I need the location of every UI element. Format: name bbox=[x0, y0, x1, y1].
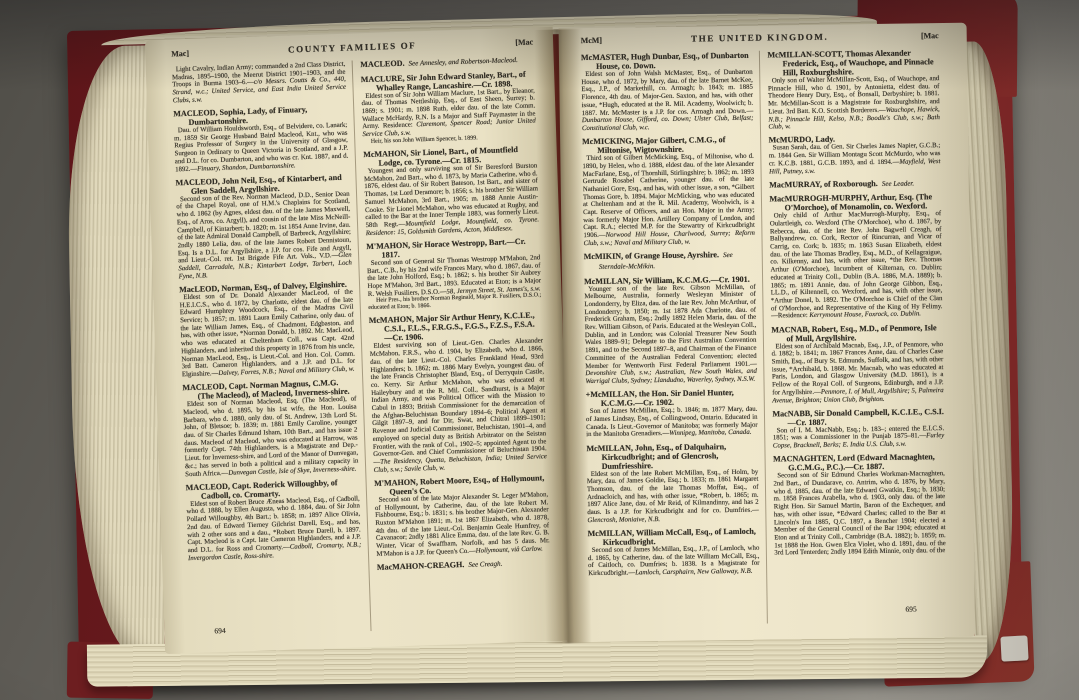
residence-text: Hollymount, viâ Carlow. bbox=[476, 545, 543, 554]
residence-text: Devonshire Club, s.w.; Australian, New S… bbox=[585, 368, 757, 385]
entry-body: Only child of Arthur MacMurrogh-Murphy, … bbox=[770, 210, 943, 320]
entry-body: Eldest son of Archibald Macnab, Esq., J.… bbox=[771, 341, 943, 405]
cover-label bbox=[1000, 635, 1028, 661]
directory-entry: MACLURE, Sir John Edward Stanley, Bart.,… bbox=[361, 69, 537, 146]
entry-body: Youngest and only surviving son of Sir B… bbox=[364, 162, 540, 237]
directory-entry: McMILLAN, John, Esq., of Dalquhairn, Kir… bbox=[586, 441, 759, 524]
directory-entry: McMASTER, Hugh Dunbar, Esq., of Dunbarto… bbox=[581, 51, 754, 133]
directory-entry: MACNAGHTEN, Lord (Edward Macnaghten, G.C… bbox=[773, 452, 946, 557]
text-columns: McMASTER, Hugh Dunbar, Esq., of Dunbarto… bbox=[579, 48, 949, 626]
residence-text: Mountfield Lodge, Mountfield, co. Tyrone… bbox=[366, 216, 539, 236]
directory-entry: MACLEOD, Capt. Roderick Willoughby, of C… bbox=[186, 477, 362, 562]
directory-entry: McMILLAN-SCOTT, Thomas Alexander Frederi… bbox=[767, 48, 940, 131]
corner-mark-left: McM] bbox=[581, 36, 602, 45]
left-page-content: Mac] COUNTY FAMILIES OF [Mac Light Caval… bbox=[169, 36, 554, 637]
directory-entry: Light Cavalry, Indian Army; commanded a … bbox=[172, 61, 347, 105]
directory-entry: MACLEOD, Sophia, Lady, of Finuary, Dumba… bbox=[173, 104, 349, 174]
text-column: McMILLAN-SCOTT, Thomas Alexander Frederi… bbox=[758, 48, 948, 623]
entry-body: Son of I. M. MacNabb, Esq.; b. 183–; ent… bbox=[773, 425, 945, 451]
directory-entry: McMILLAN, Sir William, K.C.M.G.—Cr. 1901… bbox=[584, 274, 757, 386]
entry-body: Only son of Walter McMillan-Scott, Esq.,… bbox=[768, 75, 940, 131]
residence-text: Dalvey, Forres, N.B.; Naval and Military… bbox=[218, 366, 354, 378]
residence-text: c/o Messrs. Coutts & Co., 440, Strand, w… bbox=[172, 76, 346, 104]
entry-heading: MacMAHON-CREAGH. See Creagh. bbox=[377, 557, 551, 573]
entry-body: Eldest son of Dr. Donald Alexander MacLe… bbox=[179, 289, 355, 379]
entry-body: Eldest son of the late Robert McMillan, … bbox=[587, 468, 759, 524]
entry-body: Eldest surviving son of Lieut.-Gen. Char… bbox=[370, 338, 548, 475]
text-column: MACLEOD. See Annesley, and Robertson-Mac… bbox=[351, 54, 554, 631]
page-number: 695 bbox=[905, 604, 916, 613]
entry-name: MacNABB, Sir Donald Campbell, K.C.I.E., … bbox=[772, 407, 944, 427]
residence-text: Glen Saddell, Carradale, N.B.; Kintarber… bbox=[178, 252, 352, 280]
running-title: THE UNITED KINGDOM. bbox=[691, 32, 828, 44]
directory-entry: McMILLAN, William McCall, Esq., of Lamlo… bbox=[588, 527, 760, 578]
entry-name: McMICKING, Major Gilbert, C.M.G., of Mil… bbox=[582, 135, 725, 155]
residence-text: Winnipeg, Manitoba, Canada. bbox=[669, 429, 751, 437]
cross-reference: See Leader. bbox=[882, 179, 914, 187]
running-head: McM] THE UNITED KINGDOM. [Mac bbox=[579, 30, 941, 48]
running-title: COUNTY FAMILIES OF bbox=[288, 40, 417, 54]
residence-text: Furley Copse, Bracknell, Berks; E. India… bbox=[773, 432, 944, 449]
entry-name: McMILLAN, John, Esq., of Dalquhairn, Kir… bbox=[586, 442, 726, 471]
residence-text: Mayfield, West Hill, Putney, s.w. bbox=[769, 158, 940, 175]
residence-text: The Residency, Quetta, Beluchistan, Indi… bbox=[374, 453, 547, 473]
text-column: Light Cavalry, Indian Army; commanded a … bbox=[170, 60, 370, 637]
left-page: Mac] COUNTY FAMILIES OF [Mac Light Caval… bbox=[145, 27, 573, 654]
directory-entry: MacMURROGH-MURPHY, Arthur, Esq. (The O'M… bbox=[769, 192, 942, 320]
entry-body: Light Cavalry, Indian Army; commanded a … bbox=[172, 61, 347, 105]
page-spread: Mac] COUNTY FAMILIES OF [Mac Light Caval… bbox=[149, 22, 977, 652]
residence-text: Glencrosh, Moniaive, N.B. bbox=[587, 516, 660, 524]
entry-body: Second son of the Rev. Norman Macleod, D… bbox=[176, 190, 352, 280]
directory-entry: M'MAHON, Robert Moore, Esq., of Hollymou… bbox=[374, 473, 550, 558]
entry-name: MacMAHON-CREAGH. bbox=[377, 560, 465, 572]
directory-entry: M'MAHON, Sir Horace Westropp, Bart.—Cr. … bbox=[366, 236, 542, 312]
entry-name: MacMURROGH-MURPHY, Arthur, Esq. (The O'M… bbox=[769, 192, 932, 212]
entry-body: Dau. of William Houldsworth, Esq., of Be… bbox=[174, 122, 349, 174]
entry-body: Son of James McMillan, Esq.; b. 1846; m.… bbox=[586, 406, 758, 439]
entry-heading: MacNABB, Sir Donald Campbell, K.C.I.E., … bbox=[772, 407, 944, 427]
entry-body: Younger son of the late Rev. Gibson McMi… bbox=[584, 283, 757, 386]
entry-name: McMASTER, Hugh Dunbar, Esq., of Dunbarto… bbox=[581, 51, 749, 71]
entry-name: MACNAB, Robert, Esq., M.D., of Penmore, … bbox=[771, 323, 936, 343]
entry-body: Second son of the late Major Alexander S… bbox=[375, 491, 550, 558]
entry-name: McMILLAN, William McCall, Esq., of Lamlo… bbox=[588, 527, 756, 547]
entry-name: MacMURRAY, of Roxborough. bbox=[769, 179, 878, 190]
entry-heading: McMIKIN, of Grange House, Ayrshire. See … bbox=[584, 250, 756, 272]
entry-heading: McMILLAN, William McCall, Esq., of Lamlo… bbox=[588, 527, 760, 547]
residence-text: Penmore, I. of Mull, Argyllshire; 5, Pal… bbox=[772, 387, 943, 404]
residence-text: Wauchope, Hawick, N.B.; Pinnacle Hill, K… bbox=[768, 106, 940, 131]
residence-text: Dunbarton House, Gifford, co. Down; Ulst… bbox=[582, 115, 754, 132]
text-column: McMASTER, Hugh Dunbar, Esq., of Dunbarto… bbox=[579, 51, 766, 626]
entry-body: Eldest son of Sir John William Maclure, … bbox=[361, 87, 536, 139]
directory-entry: McMURDO, Lady.Susan Sarah, dau. of Gen. … bbox=[769, 134, 941, 176]
entry-body: Second son of Sir Edmund Charles Workman… bbox=[773, 470, 946, 557]
directory-entry: McMICKING, Major Gilbert, C.M.G., of Mil… bbox=[582, 135, 755, 248]
directory-entry: McMAHON, Major Sir Arthur Henry, K.C.I.E… bbox=[369, 311, 548, 475]
directory-entry: MacMAHON-CREAGH. See Creagh. bbox=[377, 557, 551, 573]
entry-heading: McMILLAN-SCOTT, Thomas Alexander Frederi… bbox=[767, 48, 939, 77]
directory-entry: MACLEOD. See Annesley, and Robertson-Mac… bbox=[360, 54, 534, 70]
cross-reference: See Creagh. bbox=[468, 560, 502, 569]
residence-text: Norwood Hill House, Charlwood, Surrey; R… bbox=[584, 230, 755, 247]
entry-body: Second son of James McMillan, Esq., J.P.… bbox=[588, 545, 760, 578]
entry-heading: MacMURRAY, of Roxborough. See Leader. bbox=[769, 178, 941, 190]
directory-entry: McMAHON, Sir Lionel, Bart., of Mountfiel… bbox=[363, 144, 539, 237]
entry-body: Eldest son of John Walsh McMaster, Esq.,… bbox=[581, 69, 753, 133]
right-page: McM] THE UNITED KINGDOM. [Mac McMASTER, … bbox=[559, 23, 976, 643]
right-page-content: McM] THE UNITED KINGDOM. [Mac McMASTER, … bbox=[579, 30, 949, 626]
residence-text: Lamloch, Carsphairn, New Galloway, N.B. bbox=[635, 568, 752, 577]
directory-entry: MacLEOD, Norman, Esq., of Dalvey, Elgins… bbox=[179, 280, 356, 379]
text-columns: Light Cavalry, Indian Army; commanded a … bbox=[170, 54, 555, 637]
open-book: Mac] COUNTY FAMILIES OF [Mac Light Caval… bbox=[49, 0, 1022, 693]
directory-entry: MacNABB, Sir Donald Campbell, K.C.I.E., … bbox=[772, 407, 944, 450]
entry-body: Third son of Gilbert McMicking, Esq., of… bbox=[582, 153, 755, 248]
entry-heading: McMILLAN, John, Esq., of Dalquhairn, Kir… bbox=[586, 441, 758, 470]
corner-mark-right: [Mac bbox=[921, 31, 939, 40]
entry-name: McMILLAN-SCOTT, Thomas Alexander Frederi… bbox=[767, 49, 933, 78]
entry-heading: McMASTER, Hugh Dunbar, Esq., of Dunbarto… bbox=[581, 51, 753, 71]
residence-text: Kerrymount House, Foxrock, co. Dublin. bbox=[809, 311, 921, 320]
directory-entry: MACLEOD, John Neil, Esq., of Kintarbert,… bbox=[175, 172, 352, 280]
entry-heading: MACLEOD. See Annesley, and Robertson-Mac… bbox=[360, 54, 534, 70]
entry-body: Eldest son of Robert Bruce Æneas Macleod… bbox=[186, 495, 361, 562]
residence-text: Cadboll, Cromarty, N.B.; Invergordon Cas… bbox=[188, 541, 361, 561]
directory-entry: +McMILLAN, the Hon. Sir Daniel Hunter, K… bbox=[586, 388, 758, 439]
directory-entry: McMIKIN, of Grange House, Ayrshire. See … bbox=[584, 250, 756, 272]
directory-entry: MacMURRAY, of Roxborough. See Leader. bbox=[769, 178, 941, 190]
directory-entry: MACLEOD, Capt. Norman Magnus, C.M.G. (Th… bbox=[182, 378, 359, 479]
corner-mark-left: Mac] bbox=[171, 49, 189, 59]
residence-text: Dunvegan Castle, Isle of Skye, Inverness… bbox=[228, 465, 356, 476]
residence-text: Finuary, Shandon, Dumbartonshire. bbox=[197, 162, 296, 172]
page-number: 694 bbox=[214, 626, 226, 635]
entry-body: Eldest son of Norman Macleod, Esq. (The … bbox=[183, 396, 359, 479]
entry-name: +McMILLAN, the Hon. Sir Daniel Hunter, K… bbox=[586, 388, 734, 408]
photo-of-open-book: Mac] COUNTY FAMILIES OF [Mac Light Caval… bbox=[0, 0, 1079, 700]
entry-name: MACLEOD. bbox=[360, 59, 405, 69]
entry-body: Second son of General Sir Thomas Westrop… bbox=[367, 254, 542, 298]
directory-entry: MACNAB, Robert, Esq., M.D., of Penmore, … bbox=[771, 323, 944, 405]
corner-mark-right: [Mac bbox=[515, 37, 533, 47]
entry-heading: MACNAB, Robert, Esq., M.D., of Penmore, … bbox=[771, 323, 943, 343]
entry-name: McMIKIN, of Grange House, Ayrshire. bbox=[584, 250, 719, 261]
cross-reference: See Annesley, and Robertson-Macleod. bbox=[408, 56, 518, 68]
entry-body: Susan Sarah, dau. of Gen. Sir Charles Ja… bbox=[769, 143, 941, 176]
